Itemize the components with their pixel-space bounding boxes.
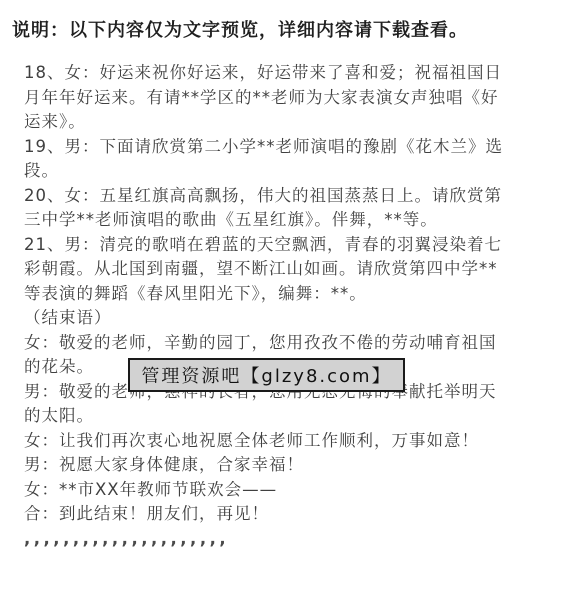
text-line: 彩朝霞。从北国到南疆，望不断江山如画。请欣赏第四中学** [24, 257, 564, 282]
text-line: 女：敬爱的老师，辛勤的园丁，您用孜孜不倦的劳动哺育祖国 [24, 331, 564, 356]
text-line: 三中学**老师演唱的歌曲《五星红旗》。伴舞，**等。 [24, 208, 564, 233]
text-line: 合：到此结束！朋友们，再见！ [24, 502, 564, 527]
text-line: 月年年好运来。有请**学区的**老师为大家表演女声独唱《好 [24, 86, 564, 111]
text-line: （结束语） [24, 306, 564, 331]
preview-notice: 说明：以下内容仅为文字预览，详细内容请下载查看。 [12, 16, 468, 42]
text-line: 18、女：好运来祝你好运来，好运带来了喜和爱；祝福祖国日 [24, 61, 564, 86]
text-line: 运来》。 [24, 110, 564, 135]
text-line: 等表演的舞蹈《春风里阳光下》，编舞：**。 [24, 282, 564, 307]
watermark-badge: 管理资源吧【glzy8.com】 [128, 358, 405, 392]
text-line: 段。 [24, 159, 564, 184]
text-line: 20、女：五星红旗高高飘扬，伟大的祖国蒸蒸日上。请欣赏第 [24, 184, 564, 209]
text-line: 女：**市XX年教师节联欢会—— [24, 478, 564, 503]
text-line: ,,,,,,,,,,,,,,,,,,,,, [24, 527, 564, 552]
text-line: 21、男：清亮的歌哨在碧蓝的天空飘洒，青春的羽翼浸染着七 [24, 233, 564, 258]
text-line: 男：祝愿大家身体健康，合家幸福！ [24, 453, 564, 478]
document-body: 18、女：好运来祝你好运来，好运带来了喜和爱；祝福祖国日 月年年好运来。有请**… [24, 61, 564, 551]
text-line: 的太阳。 [24, 404, 564, 429]
text-line: 19、男：下面请欣赏第二小学**老师演唱的豫剧《花木兰》选 [24, 135, 564, 160]
text-line: 女：让我们再次衷心地祝愿全体老师工作顺利，万事如意！ [24, 429, 564, 454]
